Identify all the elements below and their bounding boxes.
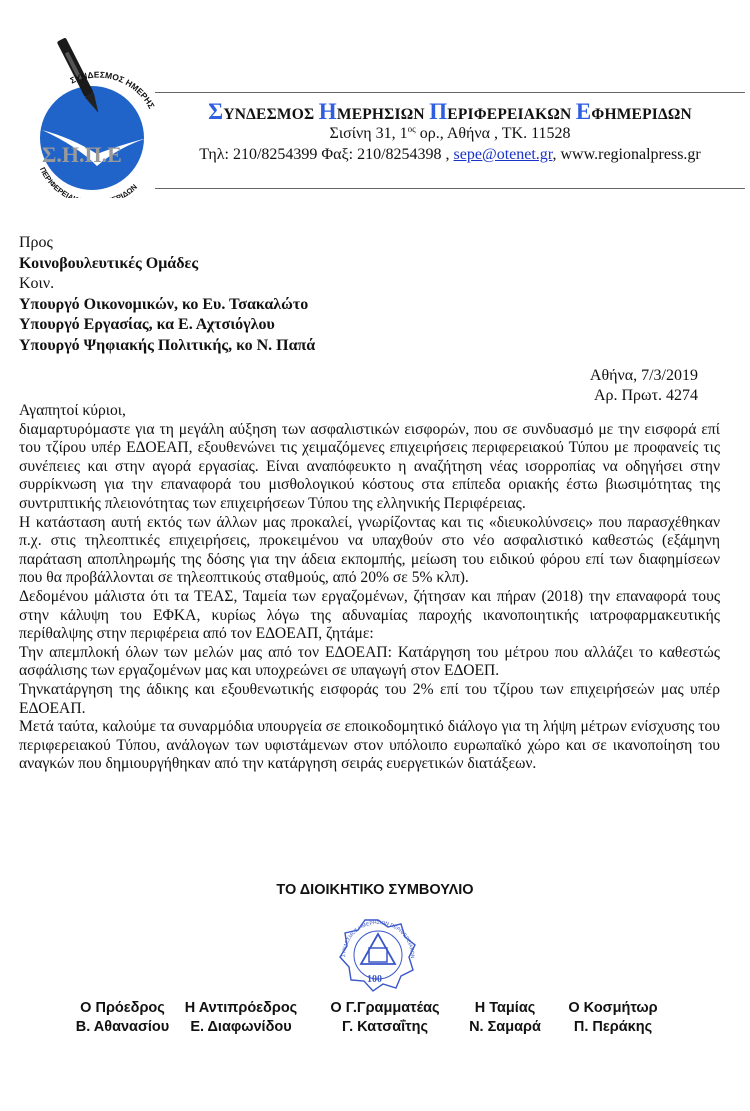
signatory-name: Π. Περάκης <box>563 1018 663 1037</box>
address-text: Σισίνη 31, 1 <box>330 125 408 142</box>
signatory-role: Η Αντιπρόεδρος <box>182 999 300 1018</box>
recipients-block: Προς Κοινοβουλευτικές Ομάδες Κοιν. Υπουρ… <box>19 233 315 356</box>
signatory: Η Αντιπρόεδρος Ε. Διαφωνίδου <box>182 999 300 1037</box>
signatory-role: Ο Κοσμήτωρ <box>563 999 663 1018</box>
signatory-role: Ο Πρόεδρος <box>70 999 175 1018</box>
body-paragraph: Την απεμπλοκή όλων των μελών μας από τον… <box>19 644 720 681</box>
phone-fax-text: Τηλ: 210/8254399 Φαξ: 210/8254398 , <box>199 146 453 163</box>
org-name-word: ΠΕΡΙΦΕΡΕΙΑΚΩΝ <box>429 104 571 123</box>
signatory-name: Β. Αθανασίου <box>70 1018 175 1037</box>
signatory-name: Ν. Σαμαρά <box>462 1018 548 1037</box>
organization-name: ΣΥΝΔΕΣΜΟΣ ΗΜΕΡΗΣΙΩΝ ΠΕΡΙΦΕΡΕΙΑΚΩΝ ΕΦΗΜΕΡ… <box>155 99 745 125</box>
signatory: Η Ταμίας Ν. Σαμαρά <box>462 999 548 1037</box>
body-paragraph: Τηνκατάργηση της άδικης και εξουθενωτική… <box>19 681 720 718</box>
body-paragraph: διαμαρτυρόμαστε για τη μεγάλη αύξηση των… <box>19 421 720 514</box>
signatory-name: Γ. Κατσαΐτης <box>325 1018 445 1037</box>
signatory-name: Ε. Διαφωνίδου <box>182 1018 300 1037</box>
signatory: Ο Πρόεδρος Β. Αθανασίου <box>70 999 175 1037</box>
org-name-word: ΗΜΕΡΗΣΙΩΝ <box>319 104 425 123</box>
signatory-role: Ο Γ.Γραμματέας <box>325 999 445 1018</box>
salutation: Αγαπητοί κύριοι, <box>19 402 720 421</box>
signatory: Ο Γ.Γραμματέας Γ. Κατσαΐτης <box>325 999 445 1037</box>
cc-recipient: Υπουργό Οικονομικών, κο Ευ. Τσακαλώτο <box>19 295 315 316</box>
to-recipient: Κοινοβουλευτικές Ομάδες <box>19 254 315 275</box>
signatory-role: Η Ταμίας <box>462 999 548 1018</box>
organization-logo: Σ.Η.Π.Ε ΣΥΝΔΕΣΜΟΣ ΗΜΕΡΗΣΙΩΝ ΠΕΡΙΦΕΡΕΙΑΚΩ… <box>22 38 162 198</box>
org-name-word: ΣΥΝΔΕΣΜΟΣ <box>208 104 314 123</box>
stamp-icon: 100 ΣΥΝΔΕΣΜΟΣ ΗΜΕΡΗΣΙΩΝ ΠΕΡΙΦΕΡΕΙΑΚΩΝ ΕΦ… <box>333 912 423 997</box>
email-link[interactable]: sepe@otenet.gr <box>454 146 553 163</box>
body-paragraph: Η κατάσταση αυτή εκτός των άλλων μας προ… <box>19 514 720 588</box>
organization-contact: Τηλ: 210/8254399 Φαξ: 210/8254398 , sepe… <box>155 146 745 164</box>
organization-address: Σισίνη 31, 1ος ορ., Αθήνα , ΤΚ. 11528 <box>155 124 745 143</box>
to-label: Προς <box>19 233 315 254</box>
header-rule-top <box>155 92 745 93</box>
address-floor-suffix: ος <box>408 124 416 134</box>
logo-initials: Σ.Η.Π.Ε <box>42 142 122 167</box>
svg-text:100: 100 <box>367 974 382 985</box>
address-text-rest: ορ., Αθήνα , ΤΚ. 11528 <box>416 125 571 142</box>
cc-recipient: Υπουργό Εργασίας, κα Ε. Αχτσιόγλου <box>19 315 315 336</box>
board-title: ΤΟ ΔΙΟΙΚΗΤΙΚΟ ΣΥΜΒΟΥΛΙΟ <box>0 882 750 898</box>
place-date: Αθήνα, 7/3/2019 <box>590 366 698 386</box>
cc-label: Κοιν. <box>19 274 315 295</box>
org-name-word: ΕΦΗΜΕΡΙΔΩΝ <box>576 104 692 123</box>
date-protocol-block: Αθήνα, 7/3/2019 Αρ. Πρωτ. 4274 <box>590 366 698 406</box>
letter-body: Αγαπητοί κύριοι, διαμαρτυρόμαστε για τη … <box>19 402 720 774</box>
website-text: , www.regionalpress.gr <box>552 146 700 163</box>
header-rule-bottom <box>155 188 745 189</box>
signatory: Ο Κοσμήτωρ Π. Περάκης <box>563 999 663 1037</box>
body-paragraph: Μετά ταύτα, καλούμε τα συναρμόδια υπουργ… <box>19 718 720 774</box>
cc-recipient: Υπουργό Ψηφιακής Πολιτικής, κο Ν. Παπά <box>19 336 315 357</box>
body-paragraph: Δεδομένου μάλιστα ότι τα ΤΕΑΣ, Ταμεία τω… <box>19 588 720 644</box>
